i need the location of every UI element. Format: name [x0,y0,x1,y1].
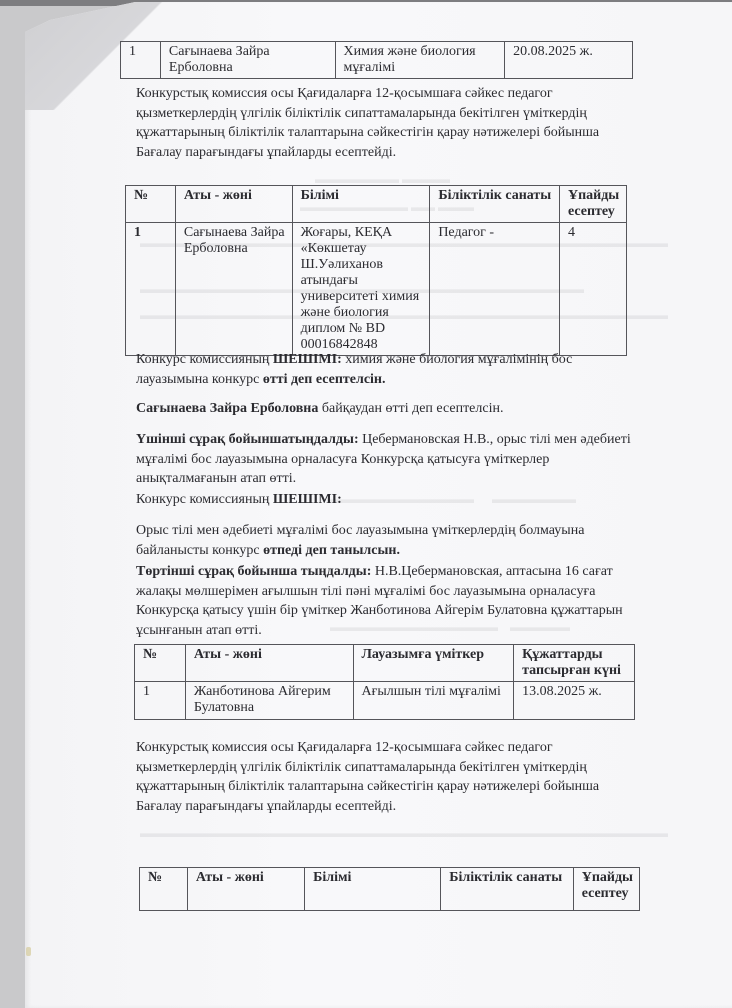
table-row: 1 Жанботинова Айгерим Булатовна Ағылшын … [135,682,635,720]
paragraph-commission-scoring-2: Конкурстық комиссия осы Қағидаларға 12-қ… [136,738,636,816]
cell-date: 20.08.2025 ж. [505,42,633,79]
fourth-question: Төртінші сұрақ бойынша тыңдалды: Н.В.Цеб… [136,562,636,640]
cell-name: Сағынаева Зайра Ерболовна [160,42,335,79]
decision-label: ШЕШІМІ: [273,492,342,507]
cell-score: 4 [559,223,626,356]
decision-result: өтті деп есептелсін. [263,372,386,387]
passed-name: Сағынаева Зайра Ерболовна [136,401,318,416]
candidates-table-2: № Аты - жөні Лауазымға үміткер Құжаттард… [134,644,635,720]
passed-text: байқаудан өтті деп есептелсін. [318,401,503,416]
header-score: Ұпайды есептеу [559,186,626,223]
header-category: Біліктілік санаты [441,868,573,911]
decision-2-text: Орыс тілі мен әдебиеті мұғалімі бос лауа… [136,521,636,560]
header-score: Ұпайды есептеу [573,868,639,911]
header-no: № [135,645,186,682]
header-position: Лауазымға үміткер [353,645,514,682]
header-name: Аты - жөні [175,186,292,223]
table-row: 1 Сағынаева Зайра Ерболовна Жоғары, КЕҚА… [126,223,627,356]
cell-position: Химия және биология мұғалімі [335,42,505,79]
header-education: Білімі [292,186,430,223]
staple-mark [26,947,31,956]
table-header-row: № Аты - жөні Лауазымға үміткер Құжаттард… [135,645,635,682]
candidates-table-top: 1 Сағынаева Зайра Ерболовна Химия және б… [120,41,633,79]
header-education: Білімі [305,868,441,911]
cell-position: Ағылшын тілі мұғалімі [353,682,514,720]
header-no: № [140,868,188,911]
fourth-question-label: Төртінші сұрақ бойынша тыңдалды: [136,564,371,579]
scores-table-1: № Аты - жөні Білімі Біліктілік санаты Ұп… [125,185,627,356]
decision-result: өтпеді деп танылсын. [263,543,400,558]
header-name: Аты - жөні [185,645,353,682]
table-header-row: № Аты - жөні Білімі Біліктілік санаты Ұп… [126,186,627,223]
third-question: Үшінші сұрақ бойыншатыңдалды: Цеберманов… [136,430,636,489]
decision-1: Конкурс комиссияның ШЕШІМІ: химия және б… [136,350,636,389]
table-row: 1 Сағынаева Зайра Ерболовна Химия және б… [121,42,633,79]
cell-date: 13.08.2025 ж. [514,682,635,720]
third-question-label: Үшінші сұрақ бойыншатыңдалды: [136,432,359,447]
header-date: Құжаттарды тапсырған күні [514,645,635,682]
decision-prefix: Конкурс комиссияның [136,492,273,507]
passed-line: Сағынаева Зайра Ерболовна байқаудан өтті… [136,399,636,419]
cell-name: Жанботинова Айгерим Булатовна [185,682,353,720]
cell-no: 1 [126,223,176,356]
header-name: Аты - жөні [187,868,304,911]
cell-category: Педагог - [430,223,560,356]
header-no: № [126,186,176,223]
header-category: Біліктілік санаты [430,186,560,223]
cell-no: 1 [121,42,161,79]
decision-2: Конкурс комиссияның ШЕШІМІ: [136,490,636,510]
paragraph-commission-scoring: Конкурстық комиссия осы Қағидаларға 12-қ… [136,84,636,162]
scores-table-2: № Аты - жөні Білімі Біліктілік санаты Ұп… [139,867,640,911]
cell-name: Сағынаева Зайра Ерболовна [175,223,292,356]
document-content: 1 Сағынаева Зайра Ерболовна Химия және б… [0,0,732,1008]
cell-education: Жоғары, КЕҚА «Көкшетау Ш.Уәлиханов атынд… [292,223,430,356]
table-header-row: № Аты - жөні Білімі Біліктілік санаты Ұп… [140,868,640,911]
decision-prefix: Конкурс комиссияның [136,352,273,367]
cell-no: 1 [135,682,186,720]
decision-label: ШЕШІМІ: [273,352,342,367]
